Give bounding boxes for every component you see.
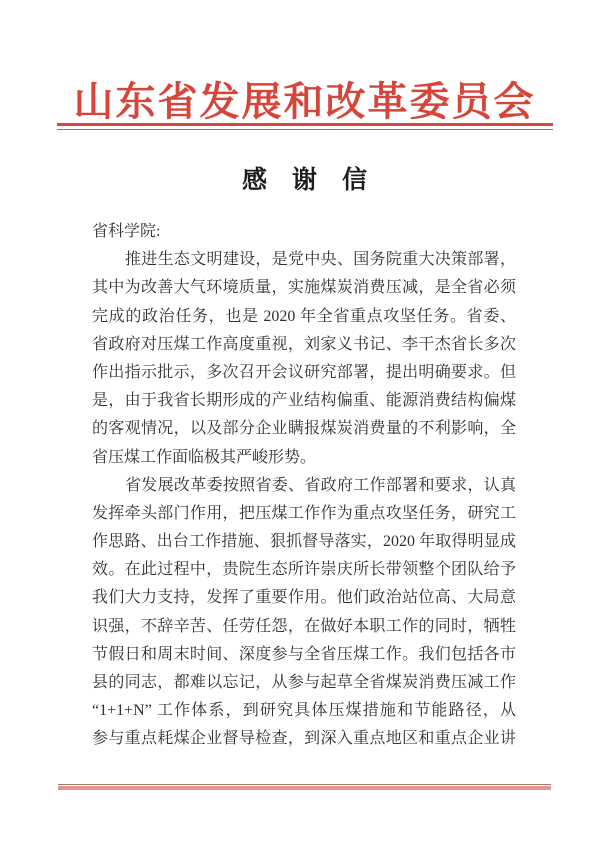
body-line: 推进生态文明建设，是党中央、国务院重大决策部署， xyxy=(92,246,516,274)
body-line: 省政府对压煤工作高度重视，刘家义书记、李干杰省长多次 xyxy=(92,331,516,359)
body-line: 节假日和周末时间、深度参与全省压煤工作。我们包括各市 xyxy=(92,641,516,669)
letter-title: 感 谢 信 xyxy=(10,160,599,196)
body-line: 识强，不辞辛苦、任劳任怨，在做好本职工作的同时，牺牲 xyxy=(92,613,516,641)
letterhead-rule-thin xyxy=(57,129,553,130)
body-line: 我们大力支持，发挥了重要作用。他们政治站位高、大局意 xyxy=(92,584,516,612)
body-line: 效。在此过程中，贵院生态所许崇庆所长带领整个团队给予 xyxy=(92,556,516,584)
body-line: 是，由于我省长期形成的产业结构偏重、能源消费结构偏煤 xyxy=(92,387,516,415)
letter-page: 山东省发展和改革委员会 感 谢 信 省科学院: 推进生态文明建设，是党中央、国务… xyxy=(0,0,599,849)
body-line: 作出指示批示，多次召开会议研究部署，提出明确要求。但 xyxy=(92,359,516,387)
body-line: 参与重点耗煤企业督导检查，到深入重点地区和重点企业讲 xyxy=(92,725,516,753)
body-line: 完成的政治任务，也是 2020 年全省重点攻坚任务。省委、 xyxy=(92,303,516,331)
body-line: 省压煤工作面临极其严峻形势。 xyxy=(92,444,516,472)
salutation: 省科学院: xyxy=(92,218,516,246)
body-line: 的客观情况，以及部分企业瞒报煤炭消费量的不利影响，全 xyxy=(92,415,516,443)
letter-body: 省科学院: 推进生态文明建设，是党中央、国务院重大决策部署， 其中为改善大气环境… xyxy=(92,218,516,754)
body-line: 其中为改善大气环境质量，实施煤炭消费压减，是全省必须 xyxy=(92,274,516,302)
body-line: “1+1+N” 工作体系，到研究具体压煤措施和节能路径，从 xyxy=(92,697,516,725)
letterhead-rule-thick xyxy=(57,123,553,126)
letterhead-org-name: 山东省发展和改革委员会 xyxy=(10,70,599,127)
footer-rule-thin xyxy=(58,784,551,785)
body-line: 发挥牵头部门作用，把压煤工作作为重点攻坚任务，研究工 xyxy=(92,500,516,528)
footer-rule-thick xyxy=(58,786,551,790)
body-line: 县的同志，都难以忘记，从参与起草全省煤炭消费压减工作 xyxy=(92,669,516,697)
body-line: 作思路、出台工作措施、狠抓督导落实，2020 年取得明显成 xyxy=(92,528,516,556)
body-line: 省发展改革委按照省委、省政府工作部署和要求，认真 xyxy=(92,472,516,500)
